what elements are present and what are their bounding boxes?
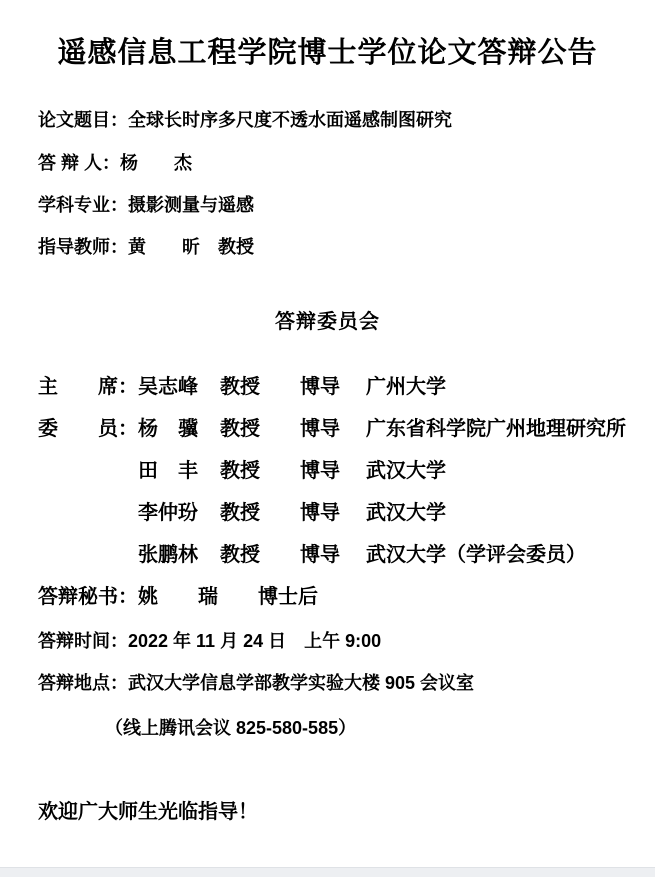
info-line-thesis-title: 论文题目：全球长时序多尺度不透水面遥感制图研究: [38, 107, 628, 133]
committee-tutor: 博导: [300, 500, 366, 526]
committee-title: 教授: [220, 374, 300, 400]
committee-heading: 答辩委员会: [0, 308, 655, 336]
committee-affiliation: 武汉大学（学评会委员）: [366, 542, 638, 568]
info-value: 全球长时序多尺度不透水面遥感制图研究: [128, 110, 452, 130]
defense-venue-line: 答辩地点：武汉大学信息学部教学实验大楼 905 会议室: [38, 670, 638, 696]
welcome-note: 欢迎广大师生光临指导！: [38, 799, 258, 825]
online-meeting-line: （线上腾讯会议 825-580-585）: [105, 715, 655, 741]
secretary-label: 答辩秘书：: [38, 586, 138, 608]
committee-name: 吴志峰: [138, 374, 220, 400]
schedule-label: 答辩时间：: [38, 631, 128, 651]
schedule-label: 答辩地点：: [38, 673, 128, 693]
committee-row-chair: 主 席： 吴志峰 教授 博导 广州大学: [38, 374, 638, 400]
online-meeting-value: （线上腾讯会议 825-580-585）: [105, 718, 356, 738]
committee-affiliation: 武汉大学: [366, 500, 638, 526]
committee-title: 教授: [220, 542, 300, 568]
schedule-value: 2022 年 11 月 24 日 上午 9:00: [128, 631, 381, 651]
page-title: 遥感信息工程学院博士学位论文答辩公告: [0, 31, 655, 75]
committee-title: 教授: [220, 500, 300, 526]
secretary-line: 答辩秘书：姚 瑞 博士后: [38, 584, 318, 610]
info-value: 杨 杰: [120, 153, 192, 173]
committee-table: 主 席： 吴志峰 教授 博导 广州大学 委 员： 杨 骥 教授 博导 广东省科学…: [38, 374, 638, 584]
committee-role: [38, 458, 138, 484]
info-value: 黄 昕 教授: [128, 237, 254, 257]
committee-row-member: 李仲玢 教授 博导 武汉大学: [38, 500, 638, 526]
secretary-value: 姚 瑞 博士后: [138, 586, 318, 608]
info-label: 论文题目：: [38, 110, 128, 130]
schedule-value: 武汉大学信息学部教学实验大楼 905 会议室: [128, 673, 474, 693]
info-line-major: 学科专业：摄影测量与遥感: [38, 192, 628, 218]
committee-tutor: 博导: [300, 458, 366, 484]
committee-title: 教授: [220, 416, 300, 442]
defense-announcement-page: 遥感信息工程学院博士学位论文答辩公告 论文题目：全球长时序多尺度不透水面遥感制图…: [0, 0, 655, 877]
info-label: 学科专业：: [38, 195, 128, 215]
info-line-candidate: 答 辩 人：杨 杰: [38, 150, 628, 176]
committee-row-member: 张鹏林 教授 博导 武汉大学（学评会委员）: [38, 542, 638, 568]
committee-row-member: 田 丰 教授 博导 武汉大学: [38, 458, 638, 484]
committee-affiliation: 广东省科学院广州地理研究所: [366, 416, 638, 442]
defense-time-line: 答辩时间：2022 年 11 月 24 日 上午 9:00: [38, 628, 638, 654]
committee-affiliation: 武汉大学: [366, 458, 638, 484]
committee-role: 主 席：: [38, 374, 138, 400]
committee-row-member: 委 员： 杨 骥 教授 博导 广东省科学院广州地理研究所: [38, 416, 638, 442]
committee-title: 教授: [220, 458, 300, 484]
committee-name: 杨 骥: [138, 416, 220, 442]
committee-tutor: 博导: [300, 416, 366, 442]
info-line-advisor: 指导教师：黄 昕 教授: [38, 234, 628, 260]
info-value: 摄影测量与遥感: [128, 195, 254, 215]
committee-role: [38, 542, 138, 568]
committee-name: 田 丰: [138, 458, 220, 484]
committee-role: 委 员：: [38, 416, 138, 442]
page-bottom-edge: [0, 867, 655, 877]
committee-tutor: 博导: [300, 542, 366, 568]
info-label: 答 辩 人：: [38, 153, 120, 173]
committee-name: 李仲玢: [138, 500, 220, 526]
committee-name: 张鹏林: [138, 542, 220, 568]
committee-tutor: 博导: [300, 374, 366, 400]
info-label: 指导教师：: [38, 237, 128, 257]
committee-role: [38, 500, 138, 526]
committee-affiliation: 广州大学: [366, 374, 638, 400]
